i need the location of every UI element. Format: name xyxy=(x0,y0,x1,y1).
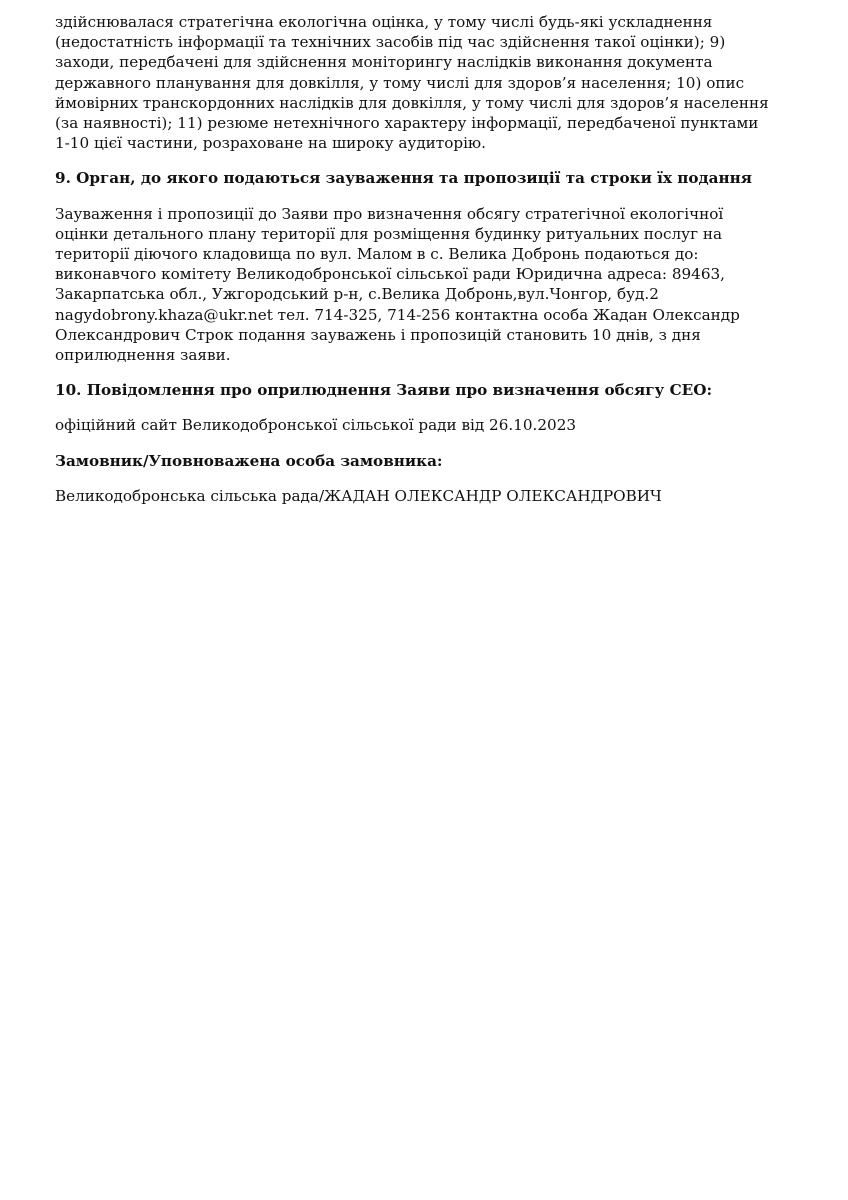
document-page: здійснювалася стратегічна екологічна оці… xyxy=(55,12,800,506)
section-10-text: офіційний сайт Великодобронської сільськ… xyxy=(55,415,800,435)
text-line: nagydobrony.khaza@ukr.net тел. 714-325, … xyxy=(55,305,800,325)
text-line: 1-10 цієї частини, розраховане на широку… xyxy=(55,133,800,153)
intro-paragraph: здійснювалася стратегічна екологічна оці… xyxy=(55,12,800,153)
section-9-paragraph: Зауваження і пропозиції до Заяви про виз… xyxy=(55,204,800,366)
section-9-heading: 9. Орган, до якого подаються зауваження … xyxy=(55,168,800,188)
text-line: Зауваження і пропозиції до Заяви про виз… xyxy=(55,204,800,224)
text-line: виконавчого комітету Великодобронської с… xyxy=(55,264,800,284)
text-line: заходи, передбачені для здійснення моніт… xyxy=(55,52,800,72)
text-line: оприлюднення заяви. xyxy=(55,345,800,365)
text-line: оцінки детального плану території для ро… xyxy=(55,224,800,244)
text-line: Закарпатська обл., Ужгородський р-н, с.В… xyxy=(55,284,800,304)
text-line: території діючого кладовища по вул. Мало… xyxy=(55,244,800,264)
customer-heading: Замовник/Уповноважена особа замовника: xyxy=(55,451,800,471)
text-line: державного планування для довкілля, у то… xyxy=(55,73,800,93)
text-line: здійснювалася стратегічна екологічна оці… xyxy=(55,12,800,32)
section-10-heading: 10. Повідомлення про оприлюднення Заяви … xyxy=(55,380,800,400)
text-line: Олександрович Строк подання зауважень і … xyxy=(55,325,800,345)
customer-text: Великодобронська сільська рада/ЖАДАН ОЛЕ… xyxy=(55,486,800,506)
text-line: ймовірних транскордонних наслідків для д… xyxy=(55,93,800,113)
text-line: (за наявності); 11) резюме нетехнічного … xyxy=(55,113,800,133)
text-line: (недостатність інформації та технічних з… xyxy=(55,32,800,52)
